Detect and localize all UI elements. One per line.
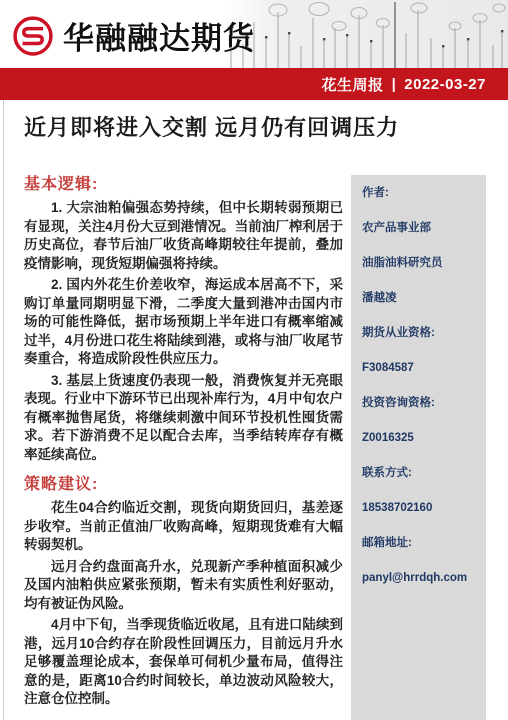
header-decoration-pattern bbox=[223, 0, 508, 68]
author-label: 作者: bbox=[362, 186, 480, 200]
logic-paragraph-2: 2. 国内外花生价差收窄，海运成本居高不下，采购订单量同期明显下滑，二季度大量到… bbox=[24, 276, 343, 369]
author-name: 潘越凌 bbox=[362, 291, 480, 305]
futures-qualification-label: 期货从业资格: bbox=[362, 326, 480, 340]
strategy-paragraph-2: 远月合约盘面高升水，兑现新产季种植面积减少及国内油粕供应紧张预期，暂未有实质性利… bbox=[24, 558, 343, 614]
report-date: 2022-03-27 bbox=[404, 76, 486, 93]
email-address: panyl@hrrdqh.com bbox=[362, 571, 480, 585]
pins-pattern-graphic bbox=[223, 0, 508, 68]
logic-paragraph-3: 3. 基层上货速度仍表现一般，消费恢复并无亮眼表现。行业中下游环节已出现补库行为… bbox=[24, 372, 343, 465]
company-logo-icon bbox=[12, 15, 54, 57]
email-label: 邮箱地址: bbox=[362, 536, 480, 550]
strategy-paragraph-1: 花生04合约临近交割，现货向期货回归，基差逐步收窄。当前正值油厂收购高峰，短期现… bbox=[24, 499, 343, 555]
report-banner: 花生周报 | 2022-03-27 bbox=[0, 68, 508, 100]
futures-qualification-number: F3084587 bbox=[362, 361, 480, 375]
masthead: 华融融达期货 bbox=[0, 0, 508, 68]
report-title: 近月即将进入交割 远月仍有回调压力 bbox=[24, 111, 484, 142]
author-sidebar: 作者: 农产品事业部 油脂油料研究员 潘越凌 期货从业资格: F3084587 … bbox=[351, 175, 486, 720]
author-role: 油脂油料研究员 bbox=[362, 256, 480, 270]
report-body: 基本逻辑: 1. 大宗油粕偏强态势持续，但中长期转弱预期已有显现，关注4月份大豆… bbox=[24, 171, 343, 712]
report-type: 花生周报 bbox=[322, 74, 384, 95]
contact-phone: 18538702160 bbox=[362, 501, 480, 515]
page-edge-line bbox=[3, 100, 4, 720]
strategy-paragraph-3: 4月中下旬，当季现货临近收尾，且有进口陆续到港，远月10合约存在阶段性回调压力，… bbox=[24, 616, 343, 709]
report-page: 华融融达期货 花生周报 | 2022-03-27 近月即将进入交割 远月仍有回调… bbox=[0, 0, 508, 720]
advisory-qualification-label: 投资咨询资格: bbox=[362, 396, 480, 410]
company-name: 华融融达期货 bbox=[63, 13, 255, 58]
section-heading-logic: 基本逻辑: bbox=[24, 171, 343, 194]
section-heading-strategy: 策略建议: bbox=[24, 471, 343, 494]
author-department: 农产品事业部 bbox=[362, 221, 480, 235]
brand: 华融融达期货 bbox=[12, 13, 255, 58]
banner-separator: | bbox=[392, 76, 397, 93]
advisory-qualification-number: Z0016325 bbox=[362, 431, 480, 445]
contact-label: 联系方式: bbox=[362, 466, 480, 480]
logic-paragraph-1: 1. 大宗油粕偏强态势持续，但中长期转弱预期已有显现，关注4月份大豆到港情况。当… bbox=[24, 199, 343, 273]
